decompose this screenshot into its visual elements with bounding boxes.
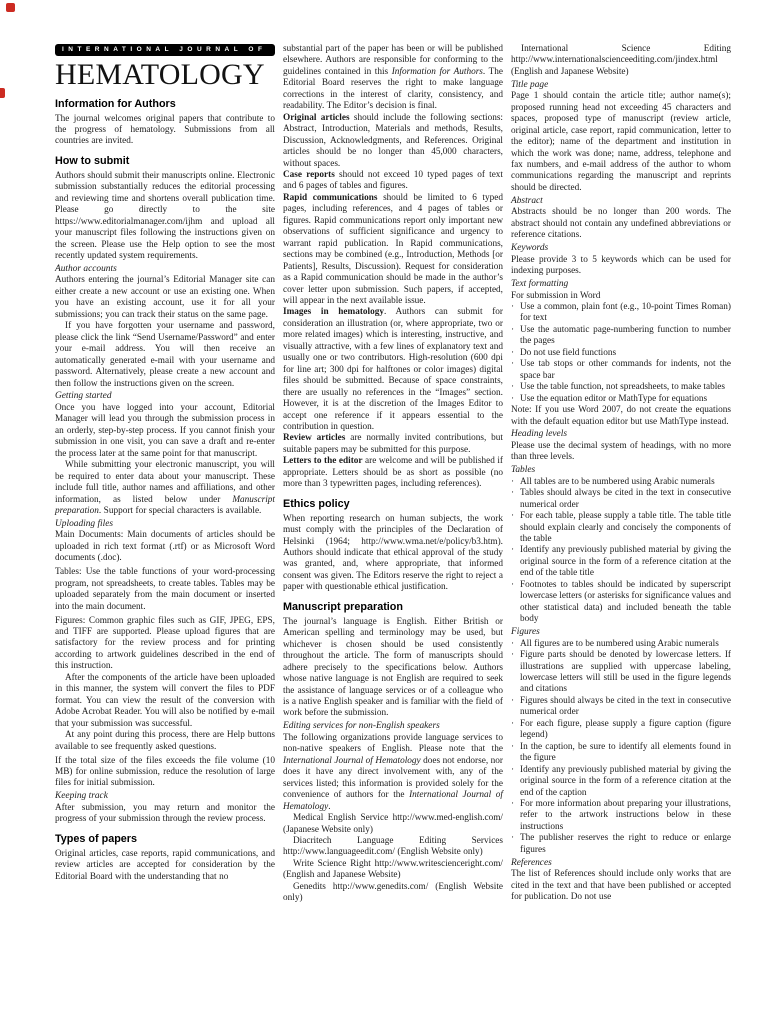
body-text: If you have forgotten your username and … — [55, 321, 275, 388]
paragraph: Diacritech Language Editing Services htt… — [283, 836, 503, 859]
bullet-item: ·Do not use field functions — [511, 348, 731, 359]
paragraph: Abstracts should be no longer than 200 w… — [511, 207, 731, 241]
bullet-marker-icon: · — [511, 765, 520, 799]
bullet-item: ·For more information about preparing yo… — [511, 799, 731, 833]
paragraph: If the total size of the files exceeds t… — [55, 756, 275, 790]
bullet-text: Use the table function, not spreadsheets… — [520, 382, 731, 393]
paragraph: Once you have logged into your account, … — [55, 403, 275, 460]
column-left: INTERNATIONAL JOURNAL OF HEMATOLOGY Info… — [55, 44, 275, 883]
bold-lead-text: Original articles — [283, 113, 350, 123]
bullet-item: ·For each figure, please supply a figure… — [511, 719, 731, 742]
bullet-item: ·Footnotes to tables should be indicated… — [511, 580, 731, 626]
paragraph: Images in hematology. Authors can submit… — [283, 307, 503, 433]
body-text: Figures: Common graphic files such as GI… — [55, 616, 275, 672]
paragraph: Case reports should not exceed 10 typed … — [283, 170, 503, 193]
paragraph: While submitting your electronic manuscr… — [55, 460, 275, 517]
body-text: When reporting research on human subject… — [283, 514, 503, 593]
body-text: Once you have logged into your account, … — [55, 403, 275, 459]
paragraph: For submission in Word — [511, 291, 731, 302]
bullet-marker-icon: · — [511, 359, 520, 382]
paragraph: Genedits http://www.genedits.com/ (Engli… — [283, 882, 503, 905]
body-text: For each figure, please supply a figure … — [520, 719, 731, 740]
paragraph: Page 1 should contain the article title;… — [511, 91, 731, 194]
paragraph: Original articles, case reports, rapid c… — [55, 849, 275, 883]
paragraph: The following organizations provide lang… — [283, 733, 503, 813]
bullet-marker-icon: · — [511, 325, 520, 348]
bullet-item: ·For each table, please supply a table t… — [511, 511, 731, 545]
body-text: . Support for special characters is avai… — [99, 506, 262, 516]
bullet-marker-icon: · — [511, 488, 520, 511]
bullet-text: Do not use field functions — [520, 348, 731, 359]
bold-lead-text: Rapid communications — [283, 193, 378, 203]
bullet-item: ·Use the equation editor or MathType for… — [511, 394, 731, 405]
bullet-marker-icon: · — [511, 650, 520, 696]
subsection-heading: Figures — [511, 627, 731, 638]
body-text: After the components of the article have… — [55, 673, 275, 729]
bold-lead-text: Case reports — [283, 170, 335, 180]
paragraph: Please use the decimal system of heading… — [511, 441, 731, 464]
bullet-marker-icon: · — [511, 742, 520, 765]
body-text: should be limited to 6 typed pages, incl… — [283, 193, 503, 306]
subsection-heading: Author accounts — [55, 264, 275, 275]
journal-masthead: INTERNATIONAL JOURNAL OF HEMATOLOGY — [55, 44, 275, 91]
bullet-marker-icon: · — [511, 302, 520, 325]
subsection-heading: Tables — [511, 465, 731, 476]
body-text: Use a common, plain font (e.g., 10-point… — [520, 302, 731, 323]
subsection-heading: Getting started — [55, 391, 275, 402]
bold-lead-text: Letters to the editor — [283, 456, 363, 466]
body-text: Footnotes to tables should be indicated … — [520, 580, 731, 624]
body-text: If the total size of the files exceeds t… — [55, 756, 275, 789]
paragraph: Rapid communications should be limited t… — [283, 193, 503, 308]
journal-title: HEMATOLOGY — [55, 58, 275, 91]
bullet-marker-icon: · — [511, 639, 520, 650]
paragraph: substantial part of the paper has been o… — [283, 44, 503, 113]
column-middle: substantial part of the paper has been o… — [283, 44, 503, 905]
bullet-marker-icon: · — [511, 696, 520, 719]
section-heading: Information for Authors — [55, 98, 275, 111]
body-text: The following organizations provide lang… — [283, 733, 503, 754]
body-text: Abstracts should be no longer than 200 w… — [511, 207, 731, 240]
subsection-heading: References — [511, 858, 731, 869]
bullet-marker-icon: · — [511, 382, 520, 393]
body-text: For each table, please supply a table ti… — [520, 511, 731, 544]
bullet-marker-icon: · — [511, 799, 520, 833]
body-text: For more information about preparing you… — [520, 799, 731, 832]
bullet-text: Use the automatic page-numbering functio… — [520, 325, 731, 348]
bullet-marker-icon: · — [511, 833, 520, 856]
body-text: Medical English Service http://www.med-e… — [283, 813, 503, 834]
body-text: Tables should always be cited in the tex… — [520, 488, 731, 509]
subsection-heading: Keywords — [511, 243, 731, 254]
body-text: Write Science Right http://www.writescie… — [283, 859, 503, 880]
section-heading: Manuscript preparation — [283, 601, 503, 614]
bullet-item: ·Use a common, plain font (e.g., 10-poin… — [511, 302, 731, 325]
paragraph: Main Documents: Main documents of articl… — [55, 530, 275, 564]
bullet-marker-icon: · — [511, 719, 520, 742]
bullet-text: Figure parts should be denoted by lowerc… — [520, 650, 731, 696]
paragraph: Write Science Right http://www.writescie… — [283, 859, 503, 882]
paragraph: After the components of the article have… — [55, 673, 275, 730]
body-text: Use tab stops or other commands for inde… — [520, 359, 731, 380]
body-text: Diacritech Language Editing Services htt… — [283, 836, 503, 857]
body-text: Use the equation editor or MathType for … — [520, 394, 707, 404]
body-text: Genedits http://www.genedits.com/ (Engli… — [283, 882, 503, 903]
subsection-heading: Editing services for non-English speaker… — [283, 721, 503, 732]
body-text: Main Documents: Main documents of articl… — [55, 530, 275, 563]
body-text: Identify any previously published materi… — [520, 545, 731, 578]
body-text: Please provide 3 to 5 keywords which can… — [511, 255, 731, 276]
paragraph: If you have forgotten your username and … — [55, 321, 275, 390]
paragraph: Tables: Use the table functions of your … — [55, 567, 275, 613]
paragraph: International Science Editing http://www… — [511, 44, 731, 78]
bullet-text: All tables are to be numbered using Arab… — [520, 477, 731, 488]
bullet-item: ·Use the table function, not spreadsheet… — [511, 382, 731, 393]
section-heading: Ethics policy — [283, 498, 503, 511]
red-annotation-edge-mark — [0, 88, 5, 98]
bullet-item: ·All tables are to be numbered using Ara… — [511, 477, 731, 488]
bullet-text: Figures should always be cited in the te… — [520, 696, 731, 719]
subsection-heading: Title page — [511, 80, 731, 91]
bullet-text: Use the equation editor or MathType for … — [520, 394, 731, 405]
column-right: International Science Editing http://www… — [511, 44, 731, 904]
paragraph: The journal’s language is English. Eithe… — [283, 617, 503, 720]
bullet-text: For more information about preparing you… — [520, 799, 731, 833]
italic-text: Information for Authors — [392, 67, 483, 77]
bullet-text: Identify any previously published materi… — [520, 545, 731, 579]
italic-text: International Journal of Hematology — [283, 756, 421, 766]
bullet-text: For each table, please supply a table ti… — [520, 511, 731, 545]
paragraph: At any point during this process, there … — [55, 730, 275, 753]
body-text: Use the table function, not spreadsheets… — [520, 382, 725, 392]
body-text: Use the automatic page-numbering functio… — [520, 325, 731, 346]
bullet-item: ·Figure parts should be denoted by lower… — [511, 650, 731, 696]
bold-lead-text: Review articles — [283, 433, 345, 443]
paragraph: Authors should submit their manuscripts … — [55, 171, 275, 263]
body-text: The list of References should include on… — [511, 869, 731, 902]
body-text: The publisher reserves the right to redu… — [520, 833, 731, 854]
body-text: Note: If you use Word 2007, do not creat… — [511, 405, 731, 426]
bullet-marker-icon: · — [511, 477, 520, 488]
body-text: All tables are to be numbered using Arab… — [520, 477, 715, 487]
body-text: Do not use field functions — [520, 348, 616, 358]
body-text: Figure parts should be denoted by lowerc… — [520, 650, 731, 694]
bullet-text: Use a common, plain font (e.g., 10-point… — [520, 302, 731, 325]
body-text: . — [328, 802, 330, 812]
body-text: Please use the decimal system of heading… — [511, 441, 731, 462]
body-text: Figures should always be cited in the te… — [520, 696, 731, 717]
bullet-item: ·In the caption, be sure to identify all… — [511, 742, 731, 765]
body-text: International Science Editing http://www… — [511, 44, 731, 77]
section-heading: How to submit — [55, 155, 275, 168]
paragraph: Authors entering the journal’s Editorial… — [55, 275, 275, 321]
section-heading: Types of papers — [55, 833, 275, 846]
red-annotation-corner-mark — [6, 3, 15, 12]
body-text: After submission, you may return and mon… — [55, 803, 275, 824]
journal-series-banner: INTERNATIONAL JOURNAL OF — [55, 44, 275, 56]
bullet-item: ·All figures are to be numbered using Ar… — [511, 639, 731, 650]
bullet-marker-icon: · — [511, 580, 520, 626]
body-text: All figures are to be numbered using Ara… — [520, 639, 719, 649]
subsection-heading: Heading levels — [511, 429, 731, 440]
paragraph: When reporting research on human subject… — [283, 514, 503, 594]
bullet-item: ·Tables should always be cited in the te… — [511, 488, 731, 511]
paragraph: The journal welcomes original papers tha… — [55, 114, 275, 148]
body-text: The journal’s language is English. Eithe… — [283, 617, 503, 719]
paragraph: Review articles are normally invited con… — [283, 433, 503, 456]
paragraph: Letters to the editor are welcome and wi… — [283, 456, 503, 490]
body-text: Original articles, case reports, rapid c… — [55, 849, 275, 882]
bullet-marker-icon: · — [511, 545, 520, 579]
paragraph: Note: If you use Word 2007, do not creat… — [511, 405, 731, 428]
paragraph: Medical English Service http://www.med-e… — [283, 813, 503, 836]
body-text: Tables: Use the table functions of your … — [55, 567, 275, 611]
subsection-heading: Abstract — [511, 196, 731, 207]
body-text: At any point during this process, there … — [55, 730, 275, 751]
bullet-marker-icon: · — [511, 511, 520, 545]
bullet-text: For each figure, please supply a figure … — [520, 719, 731, 742]
subsection-heading: Keeping track — [55, 791, 275, 802]
body-text: Page 1 should contain the article title;… — [511, 91, 731, 193]
bullet-item: ·Use tab stops or other commands for ind… — [511, 359, 731, 382]
paragraph: Please provide 3 to 5 keywords which can… — [511, 255, 731, 278]
paragraph: Figures: Common graphic files such as GI… — [55, 616, 275, 673]
bullet-item: ·Figures should always be cited in the t… — [511, 696, 731, 719]
bullet-item: ·The publisher reserves the right to red… — [511, 833, 731, 856]
body-text: Authors should submit their manuscripts … — [55, 171, 275, 261]
bullet-text: Use tab stops or other commands for inde… — [520, 359, 731, 382]
bullet-marker-icon: · — [511, 394, 520, 405]
body-text: For submission in Word — [511, 291, 600, 301]
body-text: In the caption, be sure to identify all … — [520, 742, 731, 763]
body-text: . Authors can submit for consideration a… — [283, 307, 503, 432]
bold-lead-text: Images in hematology — [283, 307, 384, 317]
paragraph: The list of References should include on… — [511, 869, 731, 903]
body-text: Identify any previously published materi… — [520, 765, 731, 798]
paragraph: After submission, you may return and mon… — [55, 803, 275, 826]
bullet-item: ·Identify any previously published mater… — [511, 765, 731, 799]
bullet-item: ·Use the automatic page-numbering functi… — [511, 325, 731, 348]
bullet-text: Tables should always be cited in the tex… — [520, 488, 731, 511]
body-text: The journal welcomes original papers tha… — [55, 114, 275, 147]
subsection-heading: Uploading files — [55, 519, 275, 530]
bullet-text: The publisher reserves the right to redu… — [520, 833, 731, 856]
bullet-item: ·Identify any previously published mater… — [511, 545, 731, 579]
paragraph: Original articles should include the fol… — [283, 113, 503, 170]
bullet-text: Footnotes to tables should be indicated … — [520, 580, 731, 626]
bullet-text: In the caption, be sure to identify all … — [520, 742, 731, 765]
bullet-marker-icon: · — [511, 348, 520, 359]
subsection-heading: Text formatting — [511, 279, 731, 290]
body-text: Authors entering the journal’s Editorial… — [55, 275, 275, 319]
bullet-text: Identify any previously published materi… — [520, 765, 731, 799]
bullet-text: All figures are to be numbered using Ara… — [520, 639, 731, 650]
